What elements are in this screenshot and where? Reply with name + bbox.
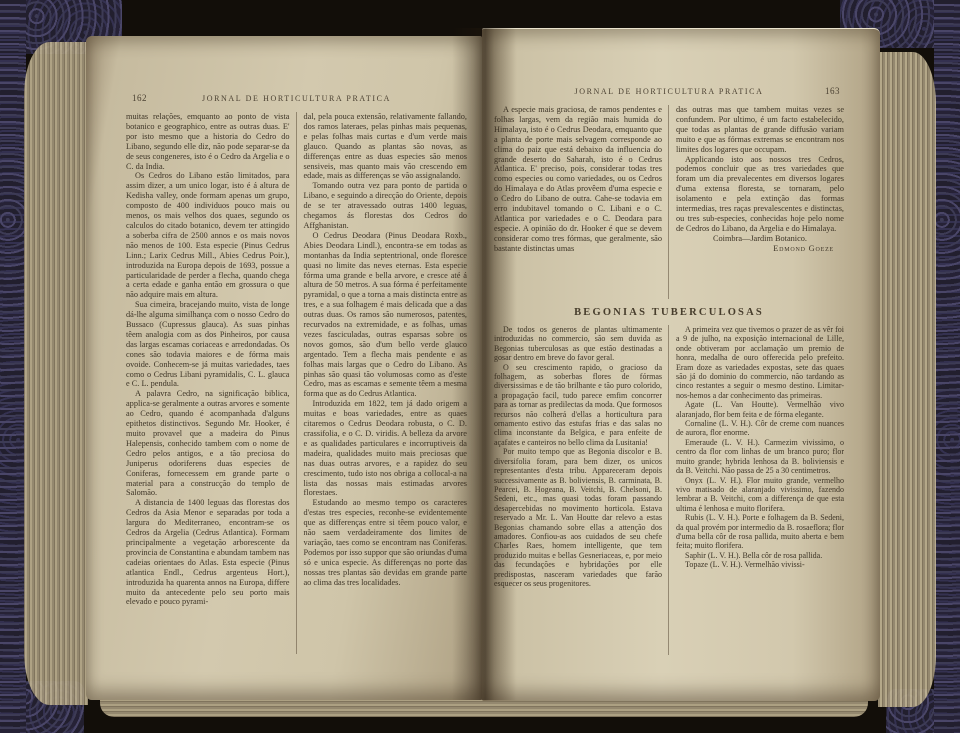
text-column: De todos os generos de plantas ultimamen… xyxy=(494,325,668,655)
book-photo: 162 JORNAL DE HORTICULTURA PRATICA muita… xyxy=(0,0,960,733)
paragraph: Topaze (L. V. H.). Vermelhão vivissi- xyxy=(676,560,844,569)
paragraph: Saphir (L. V. H.). Bella côr de rosa pal… xyxy=(676,551,844,560)
paragraph: Agate (L. Van Houtte). Vermelhão vivo al… xyxy=(676,400,844,419)
paragraph: Os Cedros do Libano estão limitados, par… xyxy=(126,171,290,300)
book-cover-edge xyxy=(0,0,26,733)
paragraph: Estudando ao mesmo tempo os caracteres d… xyxy=(304,498,468,587)
text-column: A primeira vez que tivemos o prazer de a… xyxy=(668,325,844,655)
paragraph: Emeraude (L. V. H.). Carmezim vivissimo,… xyxy=(676,438,844,476)
book-page-left: 162 JORNAL DE HORTICULTURA PRATICA muita… xyxy=(86,36,482,700)
article-author-signature: Edmond Goeze xyxy=(676,244,844,254)
article-cedros-end: A especie mais graciosa, de ramos penden… xyxy=(494,105,844,299)
article-place-line: Coimbra—Jardim Botanico. xyxy=(676,234,844,244)
page-header: JORNAL DE HORTICULTURA PRATICA 163 xyxy=(494,85,844,105)
paragraph: muitas relações, emquanto ao ponto de vi… xyxy=(126,112,290,171)
book-cover-edge xyxy=(934,0,960,733)
paragraph: Tomando outra vez para ponto de partida … xyxy=(304,181,468,231)
page-edge-stack-right xyxy=(878,52,936,707)
text-column: A especie mais graciosa, de ramos penden… xyxy=(494,105,668,299)
paragraph: O seu crescimento rapido, o gracioso da … xyxy=(494,363,662,448)
paragraph: dal, pela pouca extensão, relativamente … xyxy=(304,112,468,181)
journal-title: JORNAL DE HORTICULTURA PRATICA xyxy=(494,87,844,96)
paragraph: A primeira vez que tivemos o prazer de a… xyxy=(676,325,844,400)
paragraph: A especie mais graciosa, de ramos penden… xyxy=(494,105,662,254)
paragraph: Sua cimeira, bracejando muito, vista de … xyxy=(126,300,290,389)
journal-title: JORNAL DE HORTICULTURA PRATICA xyxy=(126,94,467,103)
paragraph: A distancia de 1400 leguas das florestas… xyxy=(126,498,290,607)
paragraph: Applicando isto aos nossos tres Cedros, … xyxy=(676,155,844,234)
paragraph: Introduzida em 1822, tem já dado origem … xyxy=(304,399,468,498)
paragraph: O Cedrus Deodara (Pinus Deodara Roxb., A… xyxy=(304,231,468,399)
article-heading-begonias: BEGONIAS TUBERCULOSAS xyxy=(574,307,764,318)
article-begonias: De todos os generos de plantas ultimamen… xyxy=(494,325,844,655)
paragraph: Rubis (L. V. H.). Porte e folhagem da B.… xyxy=(676,513,844,551)
page-number: 163 xyxy=(825,86,840,96)
paragraph: Por muito tempo que as Begonia discolor … xyxy=(494,447,662,588)
text-column: dal, pela pouca extensão, relativamente … xyxy=(296,112,468,654)
paragraph: Cornaline (L. V. H.). Côr de creme com n… xyxy=(676,419,844,438)
page-header: 162 JORNAL DE HORTICULTURA PRATICA xyxy=(126,92,467,112)
paragraph: De todos os generos de plantas ultimamen… xyxy=(494,325,662,363)
paragraph: A palavra Cedro, na significação biblica… xyxy=(126,389,290,498)
text-column: das outras mas que tambem muitas vezes s… xyxy=(668,105,844,299)
text-column: muitas relações, emquanto ao ponto de vi… xyxy=(126,112,296,654)
page-edge-stack-left xyxy=(24,42,88,705)
paragraph: das outras mas que tambem muitas vezes s… xyxy=(676,105,844,155)
book-page-right: JORNAL DE HORTICULTURA PRATICA 163 A esp… xyxy=(482,28,880,701)
paragraph: Onyx (L. V. H.). Flor muito grande, verm… xyxy=(676,476,844,514)
